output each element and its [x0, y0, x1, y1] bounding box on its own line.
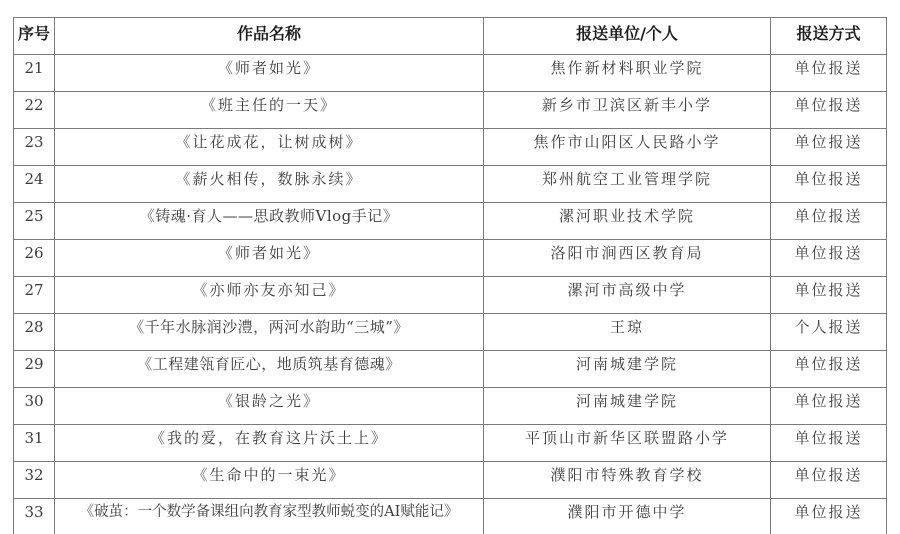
cell-work-title: 《工程建瓴育匠心，地质筑基育德魂》 — [55, 351, 484, 388]
cell-submitting-unit: 漯河市高级中学 — [484, 277, 771, 314]
table-row: 24 《薪火相传，数脉永续》 郑州航空工业管理学院 单位报送 — [14, 166, 887, 203]
cell-submitting-unit: 王琼 — [484, 314, 771, 351]
cell-serial-number: 30 — [14, 388, 55, 425]
cell-submission-method: 单位报送 — [771, 351, 887, 388]
cell-serial-number: 28 — [14, 314, 55, 351]
cell-work-title: 《铸魂·育人——思政教师Vlog手记》 — [55, 203, 484, 240]
table-row: 29 《工程建瓴育匠心，地质筑基育德魂》 河南城建学院 单位报送 — [14, 351, 887, 388]
cell-work-title: 《银龄之光》 — [55, 388, 484, 425]
cell-submission-method: 单位报送 — [771, 425, 887, 462]
table-row: 25 《铸魂·育人——思政教师Vlog手记》 漯河职业技术学院 单位报送 — [14, 203, 887, 240]
header-serial-number: 序号 — [14, 18, 55, 55]
cell-submission-method: 单位报送 — [771, 277, 887, 314]
cell-submitting-unit: 河南城建学院 — [484, 351, 771, 388]
cell-work-title: 《让花成花，让树成树》 — [55, 129, 484, 166]
cell-serial-number: 22 — [14, 92, 55, 129]
cell-submitting-unit: 河南城建学院 — [484, 388, 771, 425]
works-table-container: 序号 作品名称 报送单位/个人 报送方式 21 《师者如光》 焦作新材料职业学院… — [13, 17, 887, 534]
table-row: 33 《破茧：一个数学备课组向教育家型教师蜕变的AI赋能记》 濮阳市开德中学 单… — [14, 499, 887, 534]
cell-submitting-unit: 洛阳市涧西区教育局 — [484, 240, 771, 277]
table-row: 27 《亦师亦友亦知己》 漯河市高级中学 单位报送 — [14, 277, 887, 314]
cell-serial-number: 26 — [14, 240, 55, 277]
cell-work-title: 《破茧：一个数学备课组向教育家型教师蜕变的AI赋能记》 — [55, 499, 484, 534]
header-submission-method: 报送方式 — [771, 18, 887, 55]
cell-work-title: 《薪火相传，数脉永续》 — [55, 166, 484, 203]
cell-submission-method: 单位报送 — [771, 92, 887, 129]
cell-serial-number: 25 — [14, 203, 55, 240]
header-work-title: 作品名称 — [55, 18, 484, 55]
table-row: 21 《师者如光》 焦作新材料职业学院 单位报送 — [14, 55, 887, 92]
cell-submitting-unit: 焦作新材料职业学院 — [484, 55, 771, 92]
cell-submitting-unit: 新乡市卫滨区新丰小学 — [484, 92, 771, 129]
cell-submitting-unit: 濮阳市开德中学 — [484, 499, 771, 534]
table-row: 23 《让花成花，让树成树》 焦作市山阳区人民路小学 单位报送 — [14, 129, 887, 166]
cell-work-title: 《师者如光》 — [55, 55, 484, 92]
cell-work-title: 《师者如光》 — [55, 240, 484, 277]
table-row: 31 《我的爱，在教育这片沃土上》 平顶山市新华区联盟路小学 单位报送 — [14, 425, 887, 462]
cell-serial-number: 21 — [14, 55, 55, 92]
table-row: 28 《千年水脉润沙澧，两河水韵助“三城”》 王琼 个人报送 — [14, 314, 887, 351]
cell-serial-number: 29 — [14, 351, 55, 388]
cell-serial-number: 33 — [14, 499, 55, 534]
cell-submitting-unit: 平顶山市新华区联盟路小学 — [484, 425, 771, 462]
cell-serial-number: 23 — [14, 129, 55, 166]
cell-work-title: 《生命中的一束光》 — [55, 462, 484, 499]
cell-work-title: 《我的爱，在教育这片沃土上》 — [55, 425, 484, 462]
cell-submission-method: 单位报送 — [771, 203, 887, 240]
cell-submitting-unit: 郑州航空工业管理学院 — [484, 166, 771, 203]
cell-submission-method: 单位报送 — [771, 166, 887, 203]
cell-work-title: 《千年水脉润沙澧，两河水韵助“三城”》 — [55, 314, 484, 351]
table-header-row: 序号 作品名称 报送单位/个人 报送方式 — [14, 18, 887, 55]
cell-submission-method: 单位报送 — [771, 240, 887, 277]
cell-work-title: 《班主任的一天》 — [55, 92, 484, 129]
cell-submitting-unit: 焦作市山阳区人民路小学 — [484, 129, 771, 166]
cell-submitting-unit: 濮阳市特殊教育学校 — [484, 462, 771, 499]
cell-work-title: 《亦师亦友亦知己》 — [55, 277, 484, 314]
cell-submission-method: 单位报送 — [771, 499, 887, 534]
cell-submission-method: 单位报送 — [771, 55, 887, 92]
table-row: 30 《银龄之光》 河南城建学院 单位报送 — [14, 388, 887, 425]
cell-serial-number: 32 — [14, 462, 55, 499]
table-row: 26 《师者如光》 洛阳市涧西区教育局 单位报送 — [14, 240, 887, 277]
table-row: 22 《班主任的一天》 新乡市卫滨区新丰小学 单位报送 — [14, 92, 887, 129]
cell-serial-number: 24 — [14, 166, 55, 203]
cell-submission-method: 单位报送 — [771, 388, 887, 425]
cell-submitting-unit: 漯河职业技术学院 — [484, 203, 771, 240]
header-submitting-unit: 报送单位/个人 — [484, 18, 771, 55]
cell-serial-number: 27 — [14, 277, 55, 314]
table-row: 32 《生命中的一束光》 濮阳市特殊教育学校 单位报送 — [14, 462, 887, 499]
cell-serial-number: 31 — [14, 425, 55, 462]
works-table: 序号 作品名称 报送单位/个人 报送方式 21 《师者如光》 焦作新材料职业学院… — [13, 17, 887, 534]
cell-submission-method: 单位报送 — [771, 462, 887, 499]
cell-submission-method: 单位报送 — [771, 129, 887, 166]
cell-submission-method: 个人报送 — [771, 314, 887, 351]
